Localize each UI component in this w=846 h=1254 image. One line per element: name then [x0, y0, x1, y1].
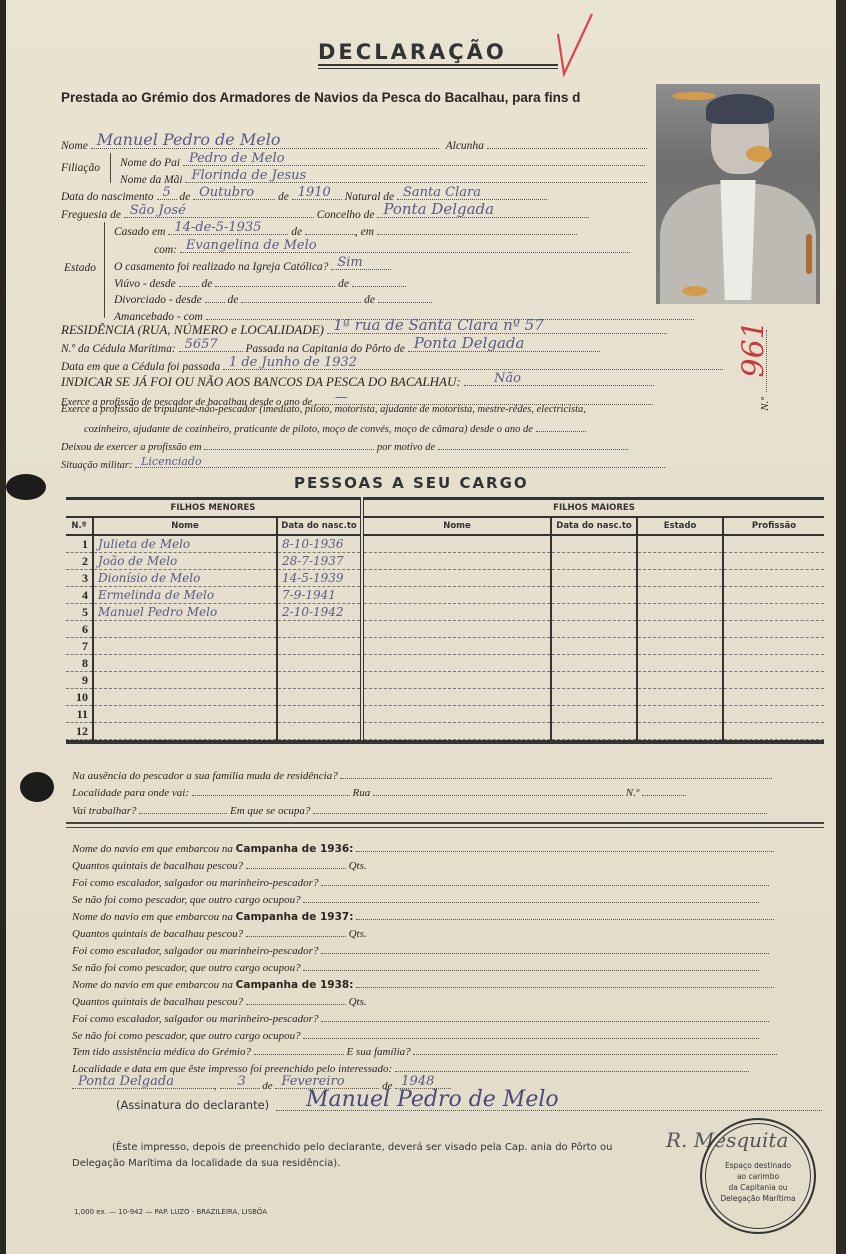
- cedula-label: N.º da Cédula Marítima:: [61, 343, 176, 355]
- quintais-label: Quantos quintais de bacalhau pescou?: [72, 860, 243, 872]
- section-divider: [66, 822, 824, 828]
- localidade-label: Localidade para onde vai:: [72, 787, 189, 799]
- filho-menor-nome[interactable]: [93, 655, 277, 672]
- pescador-field[interactable]: —: [315, 391, 653, 405]
- col-estado: Estado: [637, 517, 723, 535]
- pai-value: Pedro de Melo: [189, 151, 285, 166]
- row-number: 9: [66, 672, 93, 689]
- cargo-row: Se não foi como pescador, que outro carg…: [72, 1025, 759, 1042]
- ocupa-label: Em que se ocupa?: [230, 805, 310, 817]
- table-row: 4Ermelinda de Melo7-9-1941: [66, 587, 824, 604]
- de-label: de: [278, 191, 289, 203]
- assistencia-row: Tem tido assistência médica do Grémio? E…: [72, 1041, 777, 1058]
- assistencia-familia-label: E sua família?: [346, 1046, 410, 1058]
- numero-label: N.º: [626, 787, 640, 799]
- col-nome-maiores: Nome: [362, 517, 551, 535]
- nascimento-label: Data do nascimento: [61, 191, 154, 203]
- cedula-row: N.º da Cédula Marítima: 5657 Passada na …: [61, 338, 600, 355]
- cedula-numero-field[interactable]: 5657: [179, 338, 243, 352]
- tripulante-label-1: Exerce a profissão de tripulante-não-pes…: [61, 404, 586, 415]
- nasc-ano-value: 1910: [298, 185, 331, 200]
- local-data-row: Localidade e data em que êste impresso f…: [72, 1058, 749, 1075]
- viuvo-mes-field[interactable]: [215, 273, 335, 287]
- filho-menor-data[interactable]: [277, 672, 362, 689]
- table-row: 3Dionísio de Melo14-5-1939: [66, 570, 824, 587]
- com-row: com: Evangelina de Melo: [154, 239, 630, 256]
- cedula-data-value: 1 de Junho de 1932: [229, 355, 357, 370]
- punch-hole: [20, 772, 54, 802]
- filho-maior-data[interactable]: [551, 655, 637, 672]
- nasc-ano-field[interactable]: 1910: [292, 186, 342, 200]
- filho-menor-data[interactable]: [277, 638, 362, 655]
- filho-maior-data[interactable]: [551, 621, 637, 638]
- quintais-field[interactable]: [246, 855, 346, 869]
- tripulante-label-2: cozinheiro, ajudante de cozinheiro, prat…: [84, 424, 533, 435]
- nome-field[interactable]: Manuel Pedro de Melo: [91, 135, 439, 149]
- de-label: de: [179, 191, 190, 203]
- filho-maior-data[interactable]: [551, 570, 637, 587]
- navio-field[interactable]: [356, 974, 774, 988]
- mae-label: Nome da Mãi: [120, 174, 183, 186]
- casado-value: 14-de-5-1935: [174, 220, 261, 235]
- filho-maior-nome[interactable]: [362, 638, 551, 655]
- applicant-photo: [656, 84, 820, 304]
- casado-field[interactable]: 14-de-5-1935: [168, 221, 288, 235]
- porto-field[interactable]: Ponta Delgada: [408, 338, 600, 352]
- assinatura-value: Manuel Pedro de Melo: [306, 1087, 559, 1112]
- porto-label: Passada na Capitania do Pôrto de: [245, 343, 404, 355]
- divorciado-row: Divorciado - desde de de: [114, 289, 432, 306]
- filho-maior-data[interactable]: [551, 689, 637, 706]
- alcunha-field[interactable]: [487, 135, 647, 149]
- qts-label: Qts.: [349, 928, 367, 940]
- navio-row: Nome do navio em que embarcou na Campanh…: [72, 906, 774, 923]
- filho-menor-data[interactable]: [277, 723, 362, 740]
- filho-maior-nome[interactable]: [362, 706, 551, 723]
- filho-menor-data[interactable]: [277, 706, 362, 723]
- estado-brace: [104, 222, 105, 318]
- campanha-year: Campanha de 1938:: [236, 979, 354, 991]
- filho-menor-nome[interactable]: Manuel Pedro Melo: [93, 604, 277, 621]
- campanha-year: Campanha de 1936:: [236, 843, 354, 855]
- filho-menor-data[interactable]: 14-5-1939: [277, 570, 362, 587]
- alcunha-label: Alcunha: [446, 140, 484, 152]
- quintais-label: Quantos quintais de bacalhau pescou?: [72, 996, 243, 1008]
- divorciado-ano-field[interactable]: [378, 289, 432, 303]
- deixou-label: Deixou de exercer a profissão em: [61, 442, 202, 453]
- pai-row: Nome do Pai Pedro de Melo: [120, 152, 645, 169]
- igreja-label: O casamento foi realizado na Igreja Cató…: [114, 261, 328, 273]
- filho-maior-profissao[interactable]: [723, 672, 824, 689]
- dependents-table: FILHOS MENORES FILHOS MAIORES N.º Nome D…: [66, 497, 824, 744]
- bancos-field[interactable]: Não: [464, 372, 654, 386]
- cedula-numero-value: 5657: [185, 337, 218, 352]
- filho-maior-estado[interactable]: [637, 570, 723, 587]
- filho-maior-estado[interactable]: [637, 706, 723, 723]
- casado-label: Casado em: [114, 226, 165, 238]
- cargo-field[interactable]: [303, 957, 759, 971]
- stamp-line: ao carimbo: [702, 1171, 814, 1182]
- filho-maior-nome[interactable]: [362, 723, 551, 740]
- row-number: 12: [66, 723, 93, 740]
- cargo-field[interactable]: [303, 889, 759, 903]
- document-title: DECLARAÇÃO: [318, 40, 507, 64]
- nasc-mes-field[interactable]: Outubro: [193, 186, 275, 200]
- navio-row: Nome do navio em que embarcou na Campanh…: [72, 974, 774, 991]
- escalador-label: Foi como escalador, salgador ou marinhei…: [72, 1013, 318, 1025]
- trabalhar-label: Vai trabalhar?: [72, 805, 136, 817]
- table-row: 11: [66, 706, 824, 723]
- trabalhar-field[interactable]: [139, 800, 227, 814]
- note-line-2: Delegação Marítima da localidade da sua …: [72, 1156, 672, 1172]
- em-label: , em: [355, 226, 374, 238]
- row-number: 3: [66, 570, 93, 587]
- qts-label: Qts.: [349, 996, 367, 1008]
- table-row: 6: [66, 621, 824, 638]
- assistencia-label: Tem tido assistência médica do Grémio?: [72, 1046, 251, 1058]
- document-number: 961: [734, 330, 774, 390]
- nome-value: Manuel Pedro de Melo: [97, 130, 281, 149]
- residencia-label: RESIDÊNCIA (RUA, NÚMERO e LOCALIDADE): [61, 322, 324, 337]
- rua-field[interactable]: [373, 782, 623, 796]
- filho-maior-nome[interactable]: [362, 689, 551, 706]
- viuvo-dia-field[interactable]: [179, 273, 199, 287]
- table-row: 1Julieta de Melo8-10-1936: [66, 535, 824, 553]
- filho-maior-estado[interactable]: [637, 604, 723, 621]
- table-row: 8: [66, 655, 824, 672]
- freguesia-field[interactable]: São José: [124, 204, 314, 218]
- de-label: de: [262, 1080, 272, 1092]
- freguesia-value: São José: [130, 203, 186, 218]
- col-nome-menores: Nome: [93, 517, 277, 535]
- localidade-preenchimento-value: Ponta Delgada: [78, 1074, 174, 1089]
- cargo-row: Se não foi como pescador, que outro carg…: [72, 889, 759, 906]
- quintais-field[interactable]: [246, 991, 346, 1005]
- cargo-row: Se não foi como pescador, que outro carg…: [72, 957, 759, 974]
- viuvo-row: Viúvo - desde de de: [114, 273, 406, 290]
- escalador-field[interactable]: [321, 940, 769, 954]
- filho-menor-nome[interactable]: [93, 638, 277, 655]
- filho-maior-profissao[interactable]: [723, 723, 824, 740]
- dia-value: 3: [238, 1074, 246, 1089]
- motivo-field[interactable]: [438, 436, 628, 450]
- filho-maior-data[interactable]: [551, 672, 637, 689]
- localidade-field[interactable]: [192, 782, 350, 796]
- col-data-maiores: Data do nasc.to: [551, 517, 637, 535]
- porto-value: Ponta Delgada: [414, 334, 525, 352]
- table-row: 5Manuel Pedro Melo2-10-1942: [66, 604, 824, 621]
- tripulante-row-2: cozinheiro, ajudante de cozinheiro, prat…: [84, 418, 586, 435]
- cedula-data-field[interactable]: 1 de Junho de 1932: [223, 356, 723, 370]
- concelho-value: Ponta Delgada: [383, 200, 494, 218]
- bancos-row: INDICAR SE JÁ FOI OU NÃO AOS BANCOS DA P…: [61, 372, 654, 390]
- casado-ano-field[interactable]: [305, 221, 355, 235]
- nasc-dia-field[interactable]: 5: [157, 186, 177, 200]
- quintais-row: Quantos quintais de bacalhau pescou? Qts…: [72, 855, 367, 872]
- quintais-label: Quantos quintais de bacalhau pescou?: [72, 928, 243, 940]
- filho-menor-nome[interactable]: [93, 706, 277, 723]
- nasc-dia-value: 5: [163, 185, 171, 200]
- ausencia-label: Na ausência do pescador a sua família mu…: [72, 770, 338, 782]
- nasc-mes-value: Outubro: [199, 185, 254, 200]
- filho-maior-nome[interactable]: [362, 672, 551, 689]
- filho-maior-profissao[interactable]: [723, 621, 824, 638]
- escalador-label: Foi como escalador, salgador ou marinhei…: [72, 945, 318, 957]
- cargo-field[interactable]: [303, 1025, 759, 1039]
- table-bottom-rule: [66, 740, 824, 744]
- nome-label: Nome: [61, 140, 88, 152]
- natural-value: Santa Clara: [403, 185, 481, 200]
- rua-label: Rua: [353, 787, 371, 799]
- concelho-field[interactable]: Ponta Delgada: [377, 204, 589, 218]
- mae-field[interactable]: Florinda de Jesus: [185, 169, 647, 183]
- divorciado-dia-field[interactable]: [205, 289, 225, 303]
- estado-label: Estado: [64, 262, 96, 274]
- row-number: 8: [66, 655, 93, 672]
- filiacao-brace: [110, 153, 111, 183]
- filho-maior-profissao[interactable]: [723, 604, 824, 621]
- quintais-field[interactable]: [246, 923, 346, 937]
- filhos-menores-header: FILHOS MENORES: [66, 499, 362, 518]
- pai-field[interactable]: Pedro de Melo: [183, 152, 645, 166]
- cargo-label: Se não foi como pescador, que outro carg…: [72, 894, 301, 906]
- navio-field[interactable]: [356, 838, 774, 852]
- filho-menor-data[interactable]: [277, 689, 362, 706]
- militar-value: Licenciado: [141, 455, 201, 468]
- quintais-row: Quantos quintais de bacalhau pescou? Qts…: [72, 923, 367, 940]
- filho-maior-data[interactable]: [551, 553, 637, 570]
- filho-maior-estado[interactable]: [637, 587, 723, 604]
- filho-maior-profissao[interactable]: [723, 553, 824, 570]
- pessoas-title: PESSOAS A SEU CARGO: [294, 474, 529, 492]
- filho-maior-data[interactable]: [551, 604, 637, 621]
- escalador-row: Foi como escalador, salgador ou marinhei…: [72, 872, 769, 889]
- col-numero: N.º: [66, 517, 93, 535]
- residencia-field[interactable]: 1ª rua de Santa Clara nº 57: [327, 320, 667, 334]
- quintais-row: Quantos quintais de bacalhau pescou? Qts…: [72, 991, 367, 1008]
- escalador-field[interactable]: [321, 1008, 769, 1022]
- igreja-row: O casamento foi realizado na Igreja Cató…: [114, 256, 391, 273]
- filho-maior-estado[interactable]: [637, 535, 723, 553]
- filho-menor-data[interactable]: 8-10-1936: [277, 535, 362, 553]
- filho-menor-nome[interactable]: Julieta de Melo: [93, 535, 277, 553]
- residencia-row: RESIDÊNCIA (RUA, NÚMERO e LOCALIDADE) 1ª…: [61, 320, 667, 338]
- table-row: 9: [66, 672, 824, 689]
- filho-maior-nome[interactable]: [362, 570, 551, 587]
- filho-maior-nome[interactable]: [362, 655, 551, 672]
- filho-maior-nome[interactable]: [362, 553, 551, 570]
- table-row: 12: [66, 723, 824, 740]
- navio-label: Nome do navio em que embarcou na: [72, 911, 233, 923]
- mae-row: Nome da Mãi Florinda de Jesus: [120, 169, 647, 186]
- campanha-year: Campanha de 1937:: [236, 911, 354, 923]
- filho-maior-nome[interactable]: [362, 587, 551, 604]
- row-number: 4: [66, 587, 93, 604]
- assistencia-familia-field[interactable]: [413, 1041, 777, 1055]
- assinatura-field[interactable]: Manuel Pedro de Melo: [276, 1086, 822, 1111]
- row-number: 10: [66, 689, 93, 706]
- note-line-1: (Êste impresso, depois de preenchido pel…: [72, 1140, 672, 1156]
- pescador-value: —: [335, 390, 348, 405]
- form-paper: DECLARAÇÃO Prestada ao Grémio dos Armado…: [6, 0, 836, 1254]
- deixou-row: Deixou de exercer a profissão em por mot…: [61, 436, 628, 453]
- table-row: 7: [66, 638, 824, 655]
- filho-menor-data[interactable]: 2-10-1942: [277, 604, 362, 621]
- concelho-label: Concelho de: [317, 209, 375, 221]
- residencia-value: 1ª rua de Santa Clara nº 57: [333, 316, 544, 334]
- row-number: 7: [66, 638, 93, 655]
- filho-maior-nome[interactable]: [362, 535, 551, 553]
- escalador-row: Foi como escalador, salgador ou marinhei…: [72, 1008, 769, 1025]
- navio-row: Nome do navio em que embarcou na Campanh…: [72, 838, 774, 855]
- filho-maior-estado[interactable]: [637, 689, 723, 706]
- filho-menor-nome[interactable]: Ermelinda de Melo: [93, 587, 277, 604]
- militar-label: Situação militar:: [61, 460, 132, 471]
- filho-maior-nome[interactable]: [362, 604, 551, 621]
- filho-maior-profissao[interactable]: [723, 689, 824, 706]
- com-label: com:: [154, 244, 177, 256]
- filho-maior-estado[interactable]: [637, 638, 723, 655]
- row-number: 11: [66, 706, 93, 723]
- filho-menor-data[interactable]: 7-9-1941: [277, 587, 362, 604]
- militar-row: Situação militar: Licenciado: [61, 454, 665, 471]
- navio-label: Nome do navio em que embarcou na: [72, 979, 233, 991]
- filho-maior-profissao[interactable]: [723, 535, 824, 553]
- freguesia-label: Freguesia de: [61, 209, 121, 221]
- navio-label: Nome do navio em que embarcou na: [72, 843, 233, 855]
- filho-maior-data[interactable]: [551, 535, 637, 553]
- filho-maior-data[interactable]: [551, 723, 637, 740]
- filho-menor-data[interactable]: [277, 621, 362, 638]
- filho-menor-nome[interactable]: [93, 689, 277, 706]
- qts-label: Qts.: [349, 860, 367, 872]
- filhos-maiores-header: FILHOS MAIORES: [362, 499, 824, 518]
- filho-maior-profissao[interactable]: [723, 638, 824, 655]
- page-edge: [836, 0, 846, 1254]
- numero-field[interactable]: [642, 782, 686, 796]
- table-row: 2João de Melo28-7-1937: [66, 553, 824, 570]
- form-subtitle: Prestada ao Grémio dos Armadores de Navi…: [61, 90, 580, 105]
- divorciado-label: Divorciado - desde: [114, 294, 202, 306]
- casado-local-field[interactable]: [377, 221, 577, 235]
- filho-maior-data[interactable]: [551, 587, 637, 604]
- filho-menor-nome[interactable]: Dionísio de Melo: [93, 570, 277, 587]
- filho-maior-nome[interactable]: [362, 621, 551, 638]
- escalador-row: Foi como escalador, salgador ou marinhei…: [72, 940, 769, 957]
- filho-maior-profissao[interactable]: [723, 706, 824, 723]
- filho-maior-estado[interactable]: [637, 672, 723, 689]
- col-data-menores: Data do nasc.to: [277, 517, 362, 535]
- row-number: 6: [66, 621, 93, 638]
- filiacao-label: Filiação: [61, 162, 100, 174]
- navio-field[interactable]: [356, 906, 774, 920]
- nome-row: Nome Manuel Pedro de Melo Alcunha: [61, 135, 647, 152]
- instructions-note: (Êste impresso, depois de preenchido pel…: [72, 1140, 672, 1172]
- localidade-row: Localidade para onde vai: Rua N.º: [72, 782, 686, 799]
- punch-hole: [6, 474, 46, 500]
- bancos-label: INDICAR SE JÁ FOI OU NÃO AOS BANCOS DA P…: [61, 374, 461, 389]
- filho-menor-data[interactable]: 28-7-1937: [277, 553, 362, 570]
- ausencia-row: Na ausência do pescador a sua família mu…: [72, 765, 772, 782]
- motivo-label: por motivo de: [377, 442, 435, 453]
- filho-menor-nome[interactable]: João de Melo: [93, 553, 277, 570]
- tripulante-field[interactable]: [536, 418, 586, 432]
- document-number-label: N.º: [759, 397, 771, 411]
- assinatura-label: (Assinatura do declarante): [116, 1098, 269, 1112]
- freguesia-row: Freguesia de São José Concelho de Ponta …: [61, 204, 589, 221]
- igreja-value: Sim: [337, 255, 362, 270]
- escalador-field[interactable]: [321, 872, 769, 886]
- divorciado-mes-field[interactable]: [241, 289, 361, 303]
- pai-label: Nome do Pai: [120, 157, 180, 169]
- filho-maior-profissao[interactable]: [723, 587, 824, 604]
- filho-menor-nome[interactable]: [93, 723, 277, 740]
- row-number: 2: [66, 553, 93, 570]
- militar-field[interactable]: Licenciado: [135, 454, 665, 468]
- com-value: Evangelina de Melo: [186, 238, 317, 253]
- stamp-area: Espaço destinado ao carimbo da Capitania…: [700, 1118, 816, 1234]
- escalador-label: Foi como escalador, salgador ou marinhei…: [72, 877, 318, 889]
- row-number: 5: [66, 604, 93, 621]
- stamp-line: Espaço destinado: [702, 1160, 814, 1171]
- de-label: de: [291, 226, 302, 238]
- filho-maior-estado[interactable]: [637, 621, 723, 638]
- localidade-preenchimento-field[interactable]: Ponta Delgada: [72, 1075, 214, 1089]
- assistencia-field[interactable]: [254, 1041, 344, 1055]
- filho-maior-estado[interactable]: [637, 553, 723, 570]
- viuvo-ano-field[interactable]: [352, 273, 406, 287]
- cedula-data-row: Data em que a Cédula foi passada 1 de Ju…: [61, 356, 723, 373]
- stamp-line: Delegação Marítima: [702, 1193, 814, 1204]
- casado-row: Casado em 14-de-5-1935 de , em: [114, 221, 577, 238]
- local-data-field[interactable]: [395, 1058, 749, 1072]
- filho-menor-nome[interactable]: [93, 621, 277, 638]
- filho-maior-estado[interactable]: [637, 655, 723, 672]
- title-underline: [318, 64, 558, 69]
- filho-menor-nome[interactable]: [93, 672, 277, 689]
- filho-menor-data[interactable]: [277, 655, 362, 672]
- filho-maior-data[interactable]: [551, 706, 637, 723]
- trabalhar-row: Vai trabalhar? Em que se ocupa?: [72, 800, 767, 817]
- row-number: 1: [66, 535, 93, 553]
- printer-imprint: 1,000 ex. — 10-942 — PAP. LUZO - BRAZILE…: [74, 1208, 267, 1216]
- ausencia-field[interactable]: [340, 765, 772, 779]
- filho-maior-profissao[interactable]: [723, 655, 824, 672]
- document-number-line: [766, 330, 767, 392]
- red-check-mark-icon: [554, 12, 594, 78]
- filho-maior-profissao[interactable]: [723, 570, 824, 587]
- col-profissao: Profissão: [723, 517, 824, 535]
- ocupa-field[interactable]: [313, 800, 767, 814]
- cargo-label: Se não foi como pescador, que outro carg…: [72, 962, 301, 974]
- table-row: 10: [66, 689, 824, 706]
- filho-maior-data[interactable]: [551, 638, 637, 655]
- com-field[interactable]: Evangelina de Melo: [180, 239, 630, 253]
- mae-value: Florinda de Jesus: [191, 168, 306, 183]
- igreja-field[interactable]: Sim: [331, 256, 391, 270]
- bancos-value: Não: [494, 371, 521, 386]
- deixou-field[interactable]: [204, 436, 374, 450]
- filho-maior-estado[interactable]: [637, 723, 723, 740]
- natural-field[interactable]: Santa Clara: [397, 186, 547, 200]
- stamp-line: da Capitania ou: [702, 1182, 814, 1193]
- dia-field[interactable]: 3: [220, 1075, 260, 1089]
